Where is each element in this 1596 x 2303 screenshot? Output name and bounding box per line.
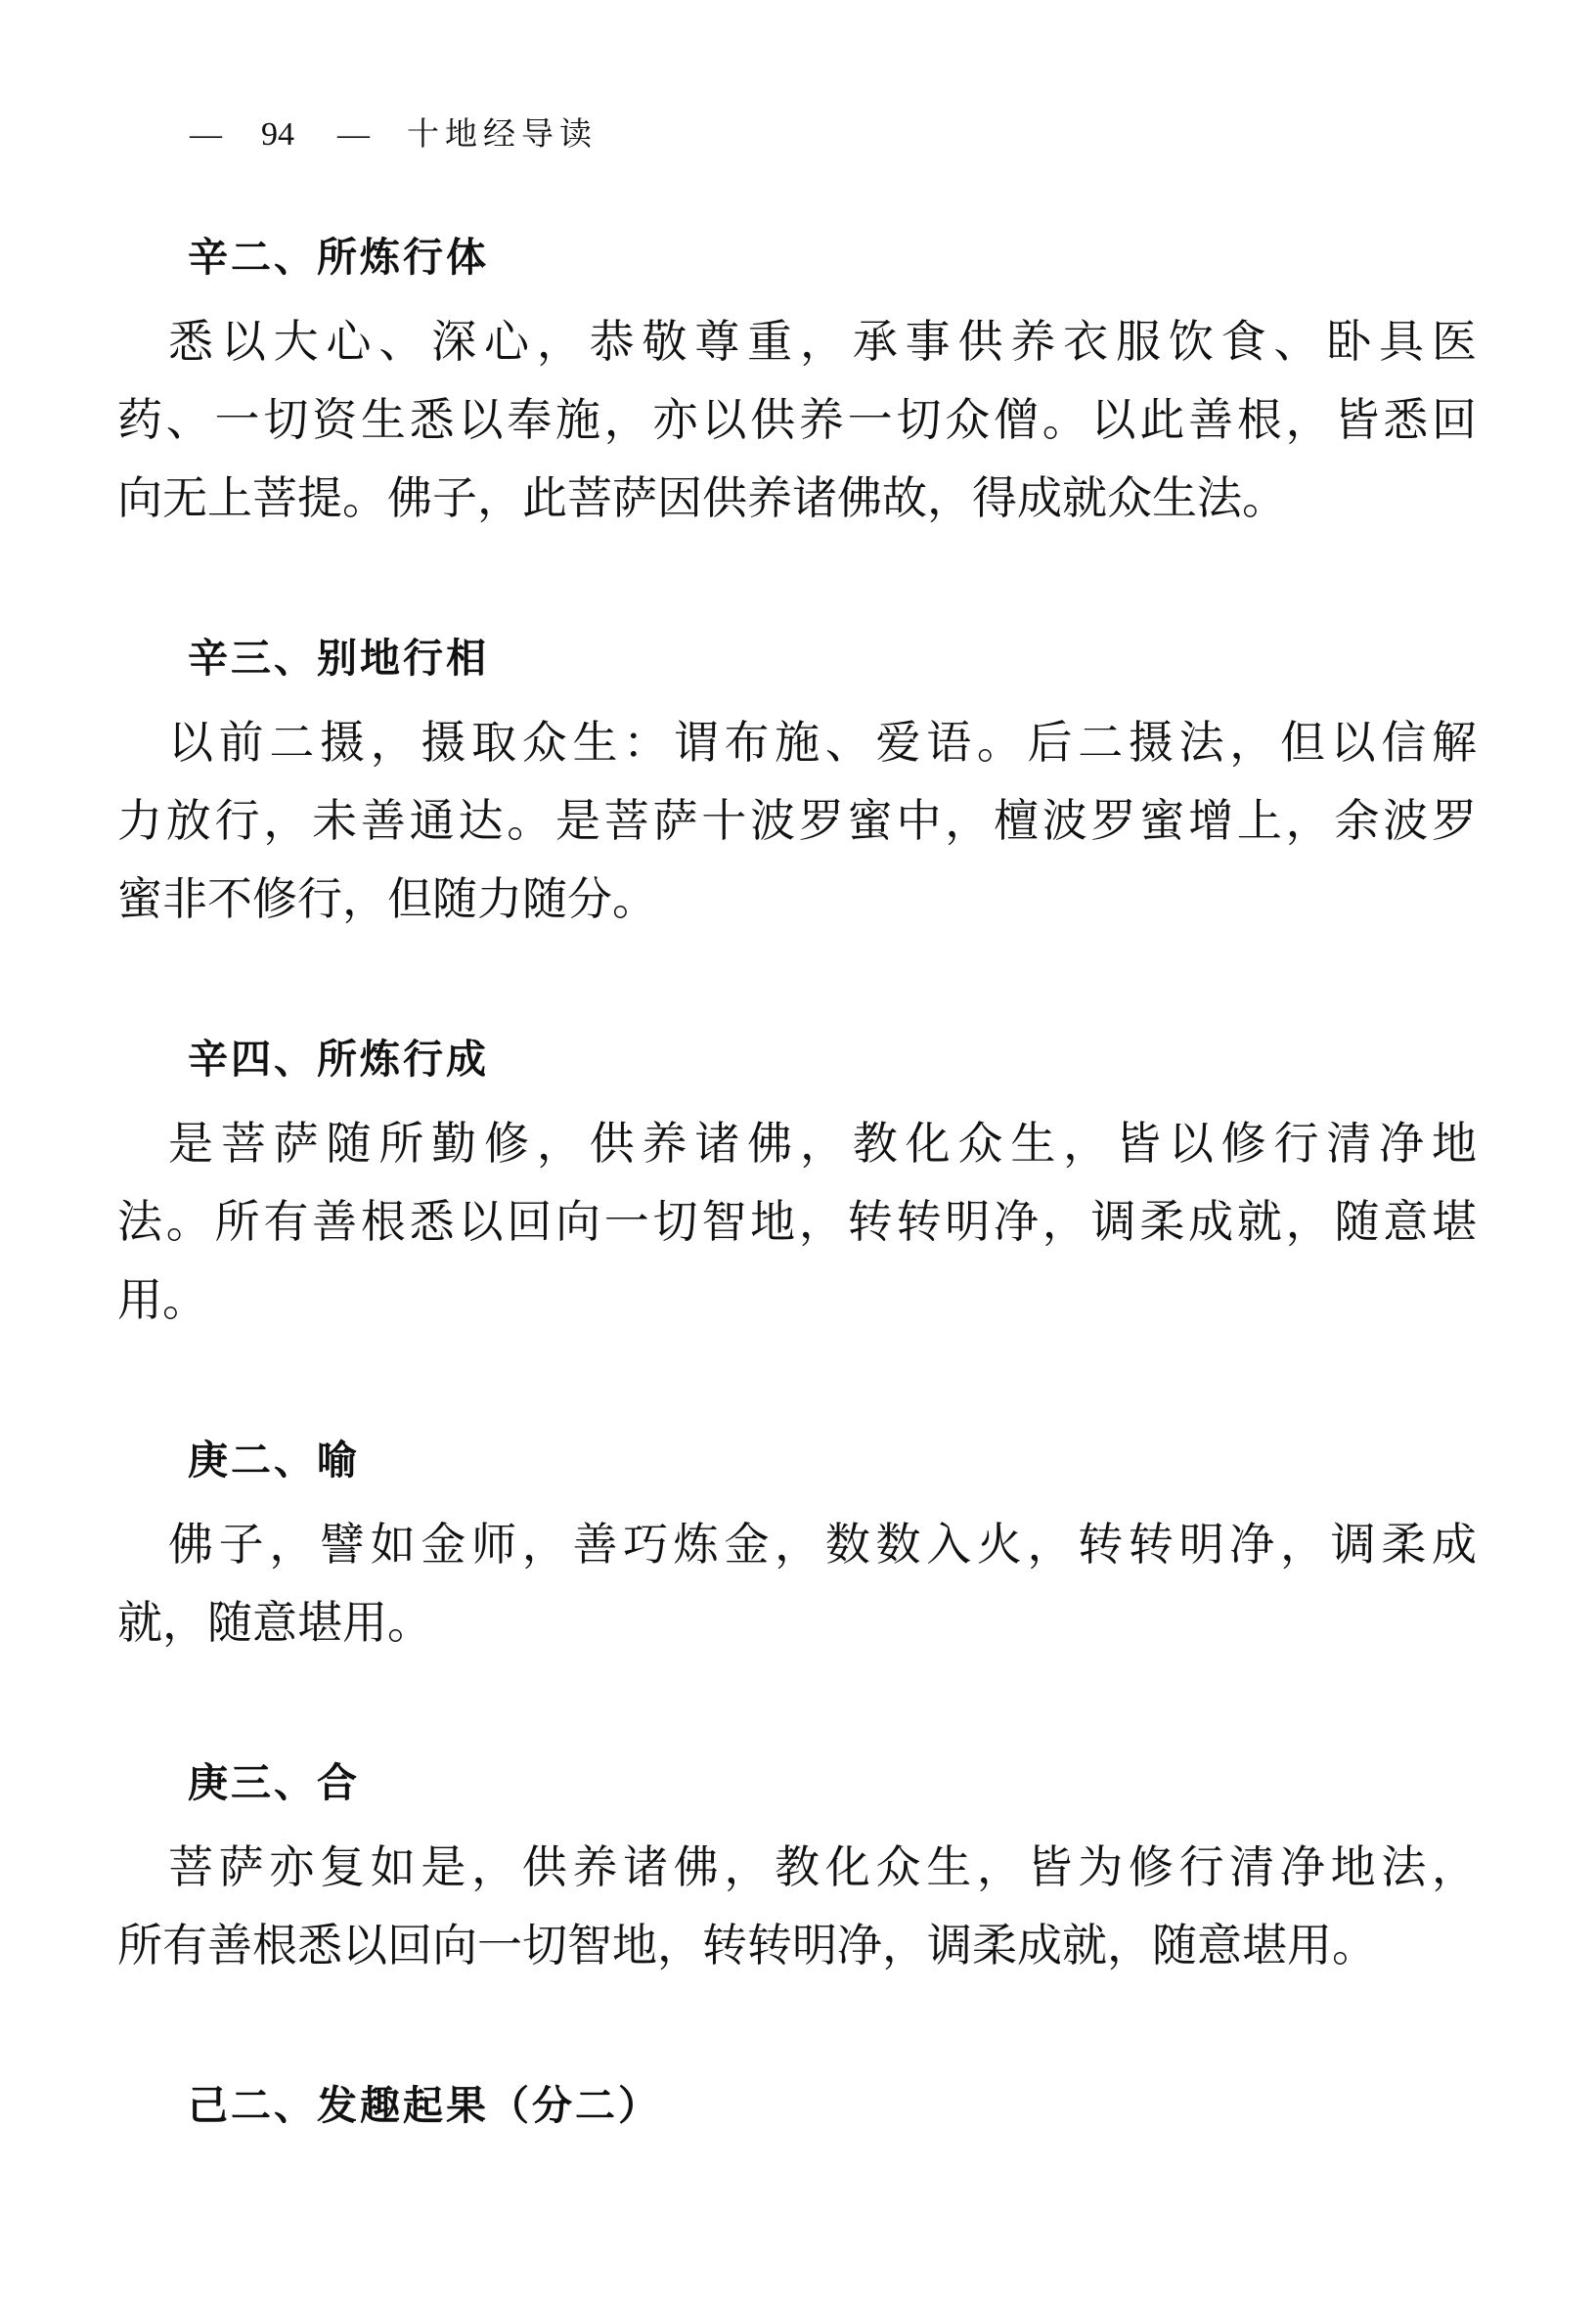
book-title: 十地经导读 <box>407 115 598 155</box>
text-line: 力放行，未善通达。是菩萨十波罗蜜中，檀波罗蜜增上，余波罗 <box>117 782 1477 861</box>
text-line: 法。所有善根悉以回向一切智地，转转明净，调柔成就，随意堪 <box>117 1183 1477 1262</box>
section-paragraph: 是菩萨随所勤修，供养诸佛，教化众生，皆以修行清净地 法。所有善根悉以回向一切智地… <box>117 1105 1477 1340</box>
section-heading: 己二、发趣起果（分二） <box>188 2075 1477 2136</box>
header-dash-right: — <box>337 115 370 155</box>
text-line: 是菩萨随所勤修，供养诸佛，教化众生，皆以修行清净地 <box>117 1105 1477 1183</box>
section-heading: 庚二、喻 <box>188 1430 1477 1490</box>
page-number: 94 <box>261 115 294 155</box>
section-paragraph: 佛子，譬如金师，善巧炼金，数数入火，转转明净，调柔成 就，随意堪用。 <box>117 1506 1477 1662</box>
text-line: 用。 <box>117 1262 1477 1340</box>
text-line: 佛子，譬如金师，善巧炼金，数数入火，转转明净，调柔成 <box>117 1506 1477 1584</box>
text-line: 就，随意堪用。 <box>117 1584 1477 1662</box>
running-header: — 94 — 十地经导读 <box>190 115 1477 155</box>
text-line: 以前二摄，摄取众生：谓布施、爱语。后二摄法，但以信解 <box>117 704 1477 782</box>
section-paragraph: 菩萨亦复如是，供养诸佛，教化众生，皆为修行清净地法， 所有善根悉以回向一切智地，… <box>117 1829 1477 1985</box>
section-heading: 辛三、别地行相 <box>188 628 1477 688</box>
section-heading: 辛四、所炼行成 <box>188 1029 1477 1089</box>
text-line: 蜜非不修行，但随力随分。 <box>117 861 1477 939</box>
book-page: — 94 — 十地经导读 辛二、所炼行体 悉以大心、深心，恭敬尊重，承事供养衣服… <box>0 0 1596 2303</box>
text-line: 菩萨亦复如是，供养诸佛，教化众生，皆为修行清净地法， <box>117 1829 1477 1907</box>
section-paragraph: 以前二摄，摄取众生：谓布施、爱语。后二摄法，但以信解 力放行，未善通达。是菩萨十… <box>117 704 1477 939</box>
section-heading: 庚三、合 <box>188 1752 1477 1813</box>
header-dash-left: — <box>190 115 222 155</box>
text-line: 悉以大心、深心，恭敬尊重，承事供养衣服饮食、卧具医 <box>117 303 1477 381</box>
text-line: 药、一切资生悉以奉施，亦以供养一切众僧。以此善根，皆悉回 <box>117 381 1477 460</box>
text-line: 所有善根悉以回向一切智地，转转明净，调柔成就，随意堪用。 <box>117 1907 1477 1985</box>
section-heading: 辛二、所炼行体 <box>188 227 1477 288</box>
section-paragraph: 悉以大心、深心，恭敬尊重，承事供养衣服饮食、卧具医 药、一切资生悉以奉施，亦以供… <box>117 303 1477 538</box>
text-line: 向无上菩提。佛子，此菩萨因供养诸佛故，得成就众生法。 <box>117 460 1477 538</box>
